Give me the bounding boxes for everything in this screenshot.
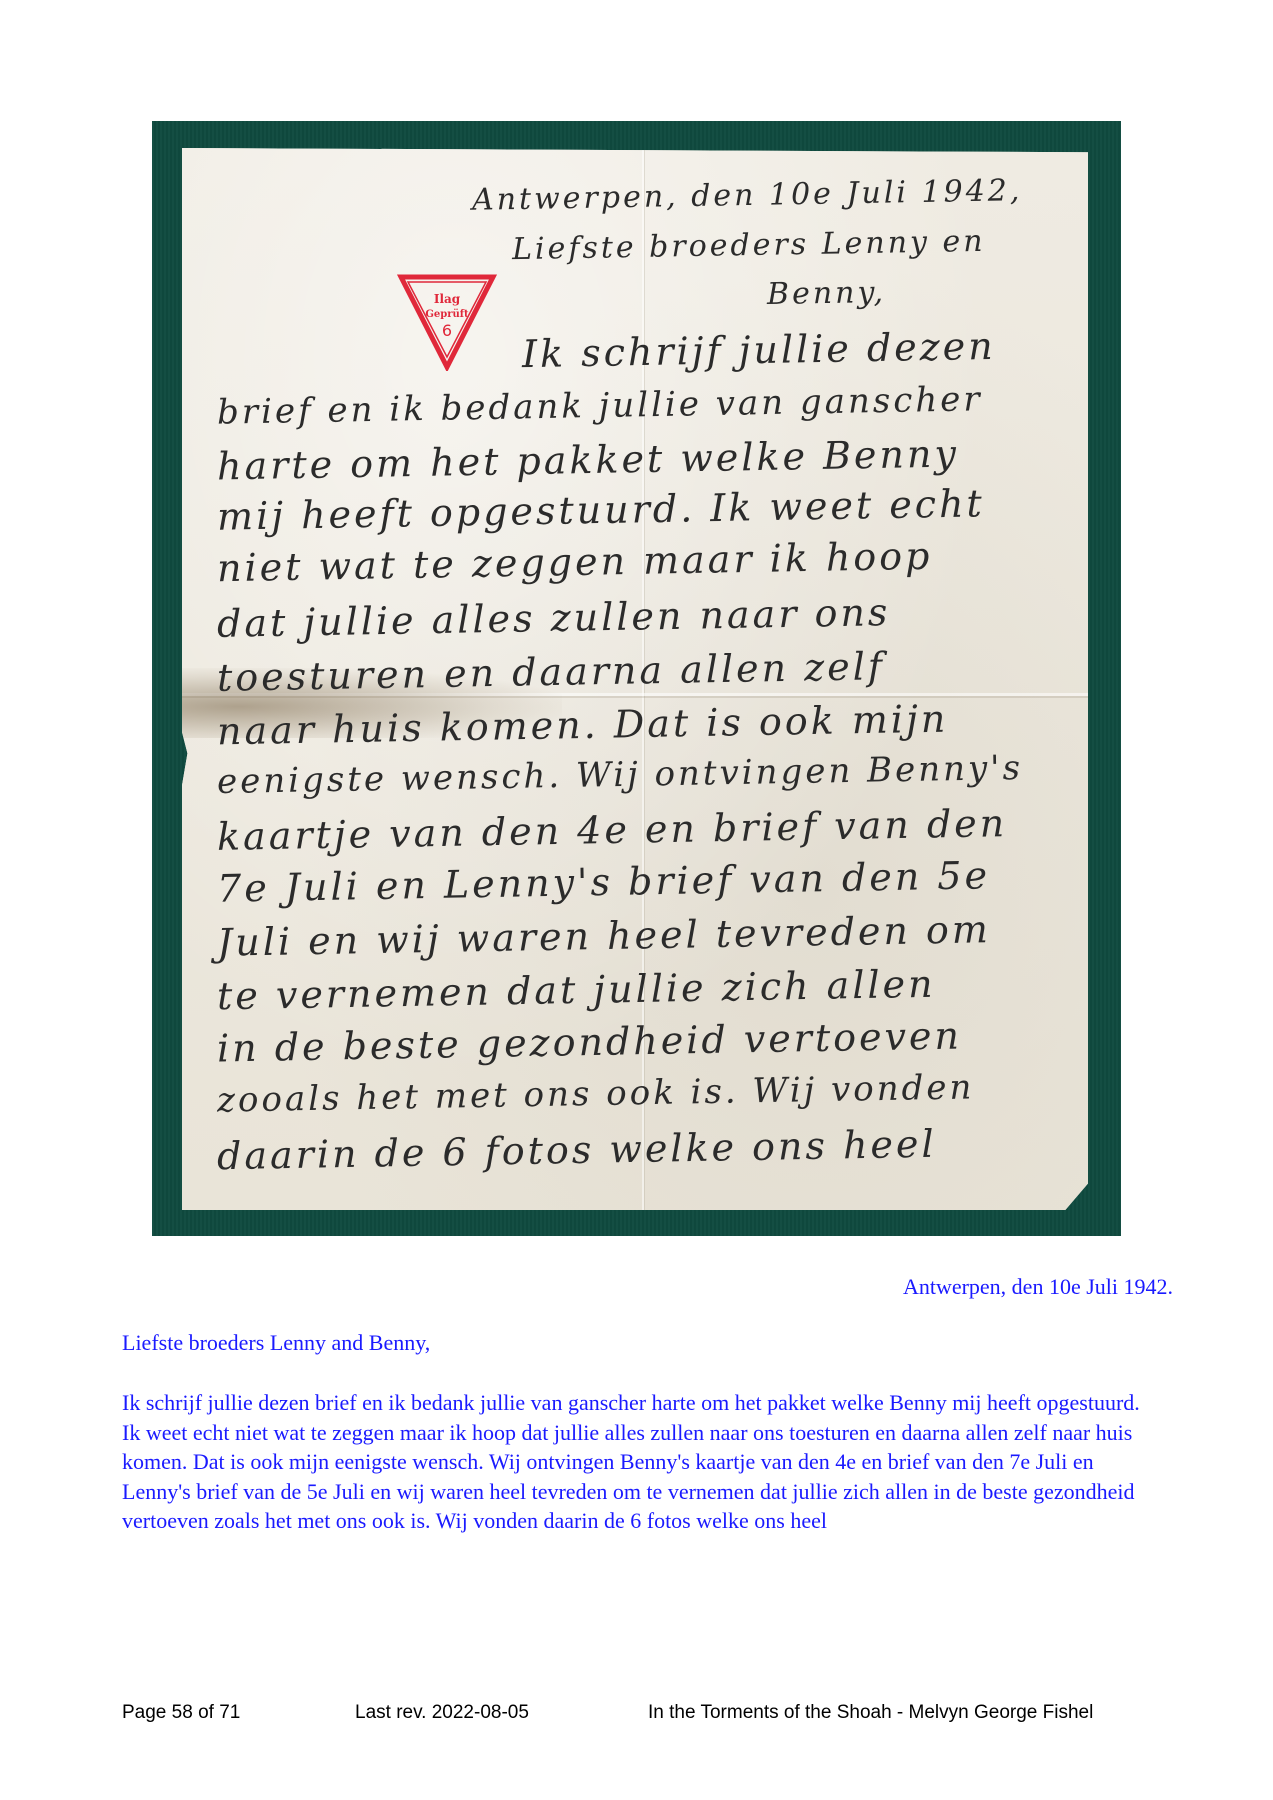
handwritten-line: zooals het met ons ook is. Wij vonden — [217, 1067, 975, 1120]
transcription-greeting: Liefste broeders Lenny and Benny, — [122, 1328, 430, 1358]
transcription-date: Antwerpen, den 10e Juli 1942. — [903, 1272, 1173, 1302]
handwritten-line: Liefste broeders Lenny en — [512, 224, 986, 267]
footer-document-title: In the Torments of the Shoah - Melvyn Ge… — [648, 1702, 1093, 1724]
handwritten-line: mij heeft opgestuurd. Ik weet echt — [217, 481, 985, 538]
handwritten-line: toesturen en daarna allen zelf — [217, 644, 886, 700]
footer-page-number: Page 58 of 71 — [122, 1702, 240, 1724]
footer-revision: Last rev. 2022-08-05 — [355, 1702, 529, 1724]
transcription-body: Ik schrijf jullie dezen brief en ik beda… — [122, 1388, 1162, 1536]
handwritten-line: Benny, — [767, 275, 887, 312]
handwritten-line: niet wat te zeggen maar ik hoop — [217, 534, 933, 590]
handwritten-line: te vernemen dat jullie zich allen — [217, 962, 936, 1019]
handwritten-line: eenigste wensch. Wij ontvingen Benny's — [217, 748, 1024, 802]
censor-stamp: Ilag Geprüft 6 — [397, 273, 497, 371]
handwritten-line: Juli en wij waren heel tevreden om — [217, 907, 992, 964]
handwritten-line: brief en ik bedank jullie van ganscher — [217, 379, 983, 432]
svg-text:6: 6 — [442, 321, 452, 340]
svg-text:Geprüft: Geprüft — [425, 309, 469, 320]
letter-paper: Ilag Geprüft 6 Antwerpen, den 10e Juli 1… — [182, 148, 1088, 1210]
letter-photo: Ilag Geprüft 6 Antwerpen, den 10e Juli 1… — [152, 121, 1121, 1236]
handwritten-line: harte om het pakket welke Benny — [217, 432, 960, 489]
svg-text:Ilag: Ilag — [434, 292, 461, 306]
handwritten-line: in de beste gezondheid vertoeven — [217, 1014, 963, 1071]
censor-stamp-icon: Ilag Geprüft 6 — [397, 273, 497, 371]
handwritten-line: dat jullie alles zullen naar ons — [217, 590, 891, 646]
handwritten-line: Ik schrijf jullie dezen — [522, 324, 996, 376]
handwritten-line: Antwerpen, den 10e Juli 1942, — [472, 173, 1023, 218]
handwritten-line: 7e Juli en Lenny's brief van den 5e — [217, 853, 991, 910]
handwritten-line: kaartje van den 4e en brief van den — [217, 801, 1008, 859]
handwritten-line: daarin de 6 fotos welke ons heel — [217, 1122, 937, 1179]
